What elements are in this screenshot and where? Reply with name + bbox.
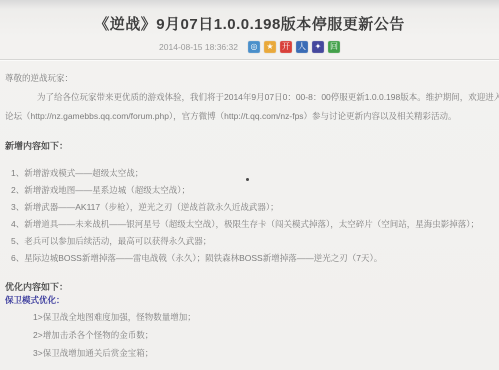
update-item: 4、新增道具——未来战机——银河星号（超级太空战），极限生存卡（闯关模式掉落），…: [11, 216, 491, 233]
stray-dot: [246, 178, 249, 181]
optimize-item: 3>保卫战增加通关后赏金宝箱；: [33, 344, 491, 362]
section-heading-optimize: 优化内容如下：: [5, 281, 491, 293]
share-favorite-icon[interactable]: ★: [264, 41, 276, 53]
optimize-item: 2>增加击杀各个怪物的金币数；: [33, 326, 491, 344]
new-items-list: 1、新增游戏模式——超级太空战； 2、新增游戏地图——星系边城（超级太空战）； …: [11, 165, 491, 267]
subsection-heading-defense-mode: 保卫模式优化：: [5, 293, 491, 308]
intro-line: 为了给各位玩家带来更优质的游戏体验，我们将于2014年9月07日0：00-8：0…: [5, 88, 491, 107]
meta-row: 2014-08-15 18:36:32 ◎ ★ 开 人 ✦ 回: [0, 41, 499, 53]
announcement-page: 《逆战》9月07日1.0.0.198版本停服更新公告 2014-08-15 18…: [0, 0, 499, 370]
page-title: 《逆战》9月07日1.0.0.198版本停服更新公告: [0, 0, 499, 34]
share-weibo-icon[interactable]: ✦: [312, 41, 324, 53]
section-heading-new: 新增内容如下：: [5, 140, 491, 152]
intro-paragraph: 为了给各位玩家带来更优质的游戏体验，我们将于2014年9月07日0：00-8：0…: [5, 88, 491, 126]
intro-line: 论坛（http://nz.gamebbs.qq.com/forum.php），官…: [5, 107, 491, 126]
share-renren-icon[interactable]: 人: [296, 41, 308, 53]
publish-date: 2014-08-15 18:36:32: [159, 42, 238, 52]
share-kaixin-icon[interactable]: 开: [280, 41, 292, 53]
update-item: 2、新增游戏地图——星系边城（超级太空战）；: [11, 182, 491, 199]
optimize-item: 1>保卫战全地图难度加强，怪物数量增加；: [33, 308, 491, 326]
announcement-body: 尊敬的逆战玩家： 为了给各位玩家带来更优质的游戏体验，我们将于2014年9月07…: [0, 72, 499, 362]
update-item: 1、新增游戏模式——超级太空战；: [11, 165, 491, 182]
share-bar: ◎ ★ 开 人 ✦ 回: [248, 41, 340, 53]
header-divider: [0, 59, 499, 61]
update-item: 5、老兵可以参加后续活动，最高可以获得永久武器；: [11, 233, 491, 250]
greeting-text: 尊敬的逆战玩家：: [5, 72, 491, 84]
update-item: 6、星际边城BOSS新增掉落——雷电战戟（永久）；陨铁森林BOSS新增掉落——逆…: [11, 250, 491, 267]
optimize-items-list: 1>保卫战全地图难度加强，怪物数量增加； 2>增加击杀各个怪物的金币数； 3>保…: [33, 308, 491, 362]
share-qzone-icon[interactable]: ◎: [248, 41, 260, 53]
share-douban-icon[interactable]: 回: [328, 41, 340, 53]
update-item: 3、新增武器——AK117（步枪），逆光之刃（逆战首款永久近战武器）；: [11, 199, 491, 216]
